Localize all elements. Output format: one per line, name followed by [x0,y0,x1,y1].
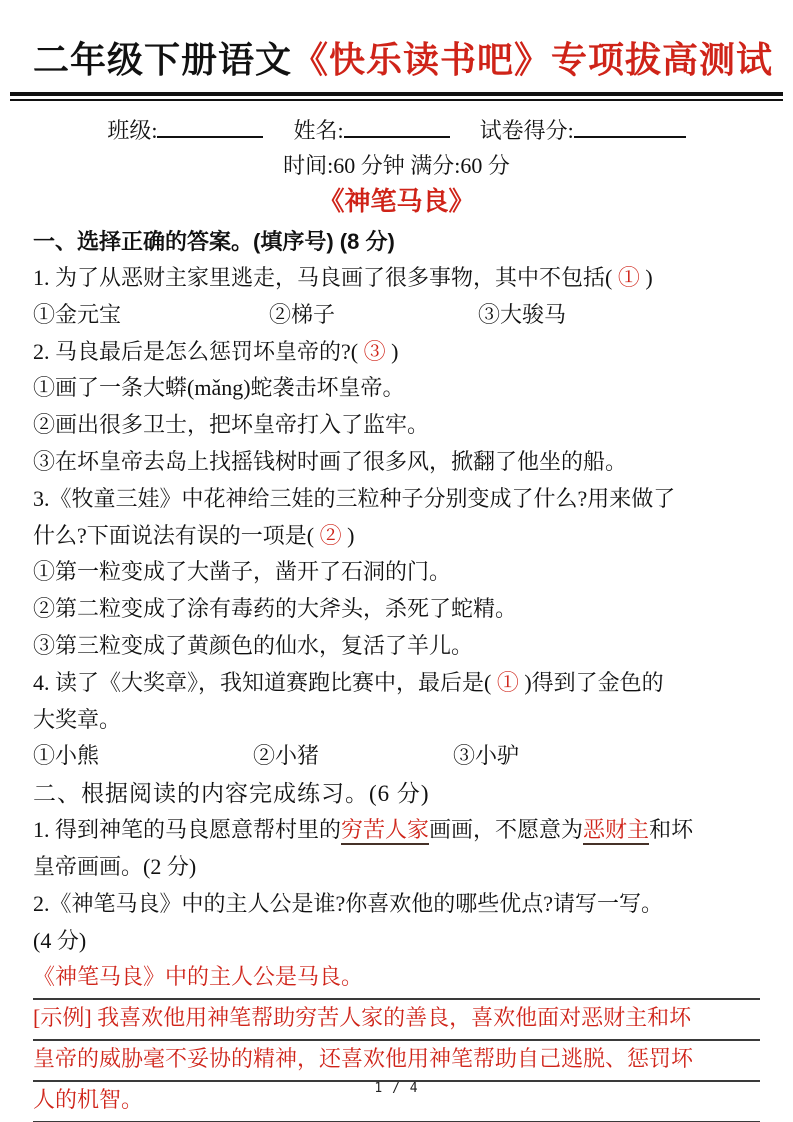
score-blank-line[interactable] [574,114,686,138]
s1-q3-choice-1: ①第一粒变成了大凿子，凿开了石洞的门。 [33,554,760,591]
s2-q2-written-answer: 《神笔马良》中的主人公是马良。 [示例] 我喜欢他用神笔帮助穷苦人家的善良，喜欢… [33,962,760,1122]
s1-q4-answer: ① [497,670,519,695]
s1-q3-stem-line1: 3.《牧童三娃》中花神给三娃的三粒种子分别变成了什么?用来做了 [33,481,760,518]
time-score-line: 时间:60 分钟 满分:60 分 [33,152,760,180]
s1-q2-answer: ③ [364,339,386,364]
s1-q2-choice-3: ③在坏皇帝去岛上找摇钱树时画了很多风，掀翻了他坐的船。 [33,444,760,481]
s1-q3-stem-close: ) [342,523,355,548]
title-course-part: 二年级下册语文 [33,40,292,80]
paper-content: 二年级下册语文《快乐读书吧》专项拔高测试 班级: 姓名: 试卷得分: 时间:60… [0,0,793,1122]
class-blank-line[interactable] [157,114,263,138]
student-info-row: 班级: 姓名: 试卷得分: [33,114,760,145]
s2-q2-line2: (4 分) [33,923,760,960]
page-number: 1 / 4 [0,1081,793,1096]
s1-q1-option-3: ③大骏马 [478,302,566,327]
s2-q1-text-mid: 画画，不愿意为 [429,817,583,842]
s2-q1-answer-1: 穷苦人家 [341,817,429,845]
title-divider-rule [10,92,783,101]
s1-q4-stem-text: 4. 读了《大奖章》，我知道赛跑比赛中，最后是( [33,670,497,695]
class-label: 班级: [107,118,157,143]
s2-q1-text-end: 和坏 [649,817,693,842]
class-field: 班级: [107,114,263,145]
name-field: 姓名: [293,114,449,145]
s1-q4-stem-line2: 大奖章。 [33,702,760,739]
s1-q3-stem-text: 什么?下面说法有误的一项是( [33,523,320,548]
s2-q1-line1: 1. 得到神笔的马良愿意帮村里的穷苦人家画画，不愿意为恶财主和坏 [33,812,760,849]
s1-q1-answer: ① [618,265,640,290]
s1-q4-option-1: ①小熊 [33,738,253,775]
name-blank-line[interactable] [344,114,450,138]
s1-q1-stem-text: 1. 为了从恶财主家里逃走，马良画了很多事物，其中不包括( [33,265,618,290]
s1-q1-options-row: ①金元宝②梯子③大骏马 [33,297,760,334]
page-title: 二年级下册语文《快乐读书吧》专项拔高测试 [33,32,760,83]
s1-q4-option-3: ③小驴 [453,743,519,768]
book-title: 《神笔马良》 [33,185,760,219]
name-label: 姓名: [293,118,343,143]
s1-q2-choice-2: ②画出很多卫士，把坏皇帝打入了监牢。 [33,407,760,444]
s1-q1-option-1: ①金元宝 [33,297,269,334]
score-field: 试卷得分: [480,114,686,145]
s1-q1-option-2: ②梯子 [269,297,478,334]
test-paper-page: 二年级下册语文《快乐读书吧》专项拔高测试 班级: 姓名: 试卷得分: 时间:60… [0,0,793,1122]
s1-q3-choice-2: ②第二粒变成了涂有毒药的大斧头，杀死了蛇精。 [33,591,760,628]
s1-q2-stem-close: ) [386,339,399,364]
score-label: 试卷得分: [480,118,574,143]
s1-q3-choice-3: ③第三粒变成了黄颜色的仙水，复活了羊儿。 [33,628,760,665]
s1-q1-stem: 1. 为了从恶财主家里逃走，马良画了很多事物，其中不包括( ① ) [33,260,760,297]
s2-q2-line1: 2.《神笔马良》中的主人公是谁?你喜欢他的哪些优点?请写一写。 [33,886,760,923]
section-one-heading: 一、选择正确的答案。(填序号) (8 分) [33,224,760,260]
s2-q1-answer-2: 恶财主 [583,817,649,845]
answer-line-3: 皇帝的威胁毫不妥协的精神，还喜欢他用神笔帮助自己逃脱、惩罚坏 [33,1044,760,1082]
s1-q2-stem: 2. 马良最后是怎么惩罚坏皇帝的?( ③ ) [33,334,760,371]
s1-q2-stem-text: 2. 马良最后是怎么惩罚坏皇帝的?( [33,339,364,364]
s2-q1-line2: 皇帝画画。(2 分) [33,849,760,886]
s1-q4-option-2: ②小猪 [253,738,453,775]
answer-line-2: [示例] 我喜欢他用神笔帮助穷苦人家的善良，喜欢他面对恶财主和坏 [33,1003,760,1041]
s1-q1-stem-close: ) [640,265,653,290]
s1-q3-answer: ② [320,523,342,548]
answer-line-1: 《神笔马良》中的主人公是马良。 [33,962,760,1000]
title-topic-part: 《快乐读书吧》专项拔高测试 [292,40,773,80]
section-two-heading: 二、根据阅读的内容完成练习。(6 分) [33,775,760,812]
s1-q4-stem-line1: 4. 读了《大奖章》，我知道赛跑比赛中，最后是( ① )得到了金色的 [33,665,760,702]
s2-q1-text-start: 1. 得到神笔的马良愿意帮村里的 [33,817,341,842]
s1-q2-choice-1: ①画了一条大蟒(mǎng)蛇袭击坏皇帝。 [33,370,760,407]
s1-q4-stem-close: )得到了金色的 [519,670,664,695]
s1-q4-options-row: ①小熊②小猪③小驴 [33,738,760,775]
s1-q3-stem-line2: 什么?下面说法有误的一项是( ② ) [33,518,760,555]
